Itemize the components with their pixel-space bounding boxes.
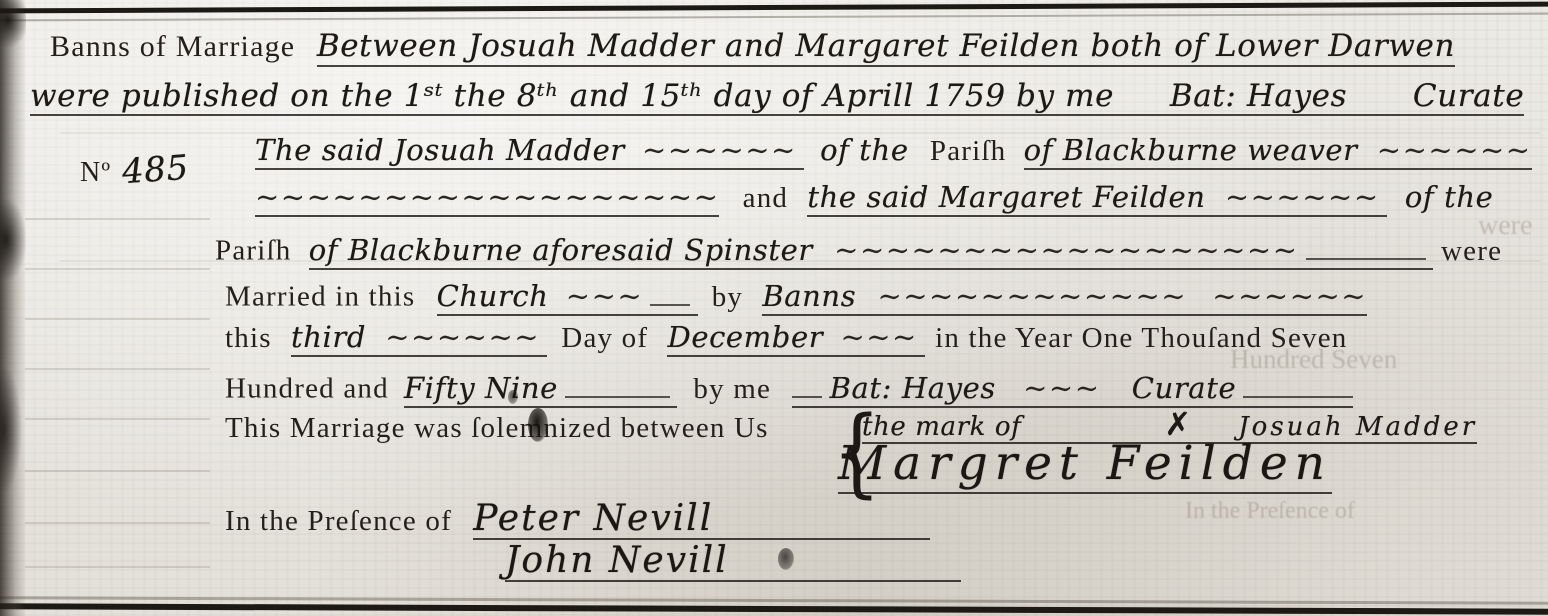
marriage-register-scan: Banns of Marriage Between Josuah Madder … [0,0,1548,616]
ruling-line [25,566,210,568]
ink-blot [508,390,518,404]
by-label: by [712,281,743,313]
banns-label: Banns of Marriage [50,30,295,63]
flourish: ∼∼∼∼∼∼ [1212,279,1367,313]
and-label: and [743,182,788,214]
married-line: Married in this Church ∼∼∼ by Banns ∼∼∼∼… [225,274,1367,314]
bride-of-the-entry: of the [1405,180,1494,214]
day-entry: third [291,320,366,354]
top-rule-thin [0,13,1548,22]
married-label: Married in this [225,281,415,313]
flourish: ∼∼∼∼∼∼ [1377,133,1532,167]
curate-title-entry: Curate [1132,371,1236,405]
published-curate-name: Bat: Hayes [1170,78,1347,114]
blank-rule [565,366,670,398]
bride-entry: the said Margaret Feilden [807,180,1205,214]
blank-rule [650,274,690,306]
ruling-line [25,470,210,472]
groom-entry: The said Josuah Madder [255,133,625,167]
bottom-rule-heavy [0,603,1548,614]
flourish: ∼∼∼∼∼∼ [642,133,797,167]
flourish: ∼∼∼ [840,320,917,354]
flourish: ∼∼∼∼∼∼ [1225,180,1380,214]
flourish: ∼∼∼∼∼∼∼∼∼∼∼∼∼∼∼∼∼∼ [255,180,719,217]
witness1-line: In the Preſence of Peter Nevill [225,498,930,539]
published-curate-title: Curate [1413,78,1524,114]
day-of-label: Day of [561,322,648,354]
year-curate-line: Hundred and Fifty Nine by me Bat: Hayes … [225,366,1353,406]
parish-label: Pariſh [930,135,1006,167]
bride-parish-line: Pariſh of Blackburne aforesaid Spinster … [215,228,1502,268]
ink-blot [778,548,794,570]
presence-label: In the Preſence of [225,505,452,537]
ruling-line [25,218,210,220]
bride-line: ∼∼∼∼∼∼∼∼∼∼∼∼∼∼∼∼∼∼ and the said Margaret… [255,180,1493,215]
witness1-signature: Peter Nevill [473,498,713,539]
ghost-text-hundred-seven: Hundred Seven [1230,344,1397,375]
ghost-text-were: were [1478,210,1532,242]
bride-signature: Margret Feilden [838,436,1332,494]
ruling-line [25,268,210,270]
method-entry: Banns [762,279,856,313]
published-line: were published on the 1ˢᵗ the 8ᵗʰ and 15… [30,78,1524,114]
record-number-value: 485 [121,148,190,193]
bride-signature-line: Margret Feilden [838,436,1332,491]
groom-parish-entry: of Blackburne weaver [1024,133,1358,167]
solemnized-label: This Marriage was ſolemnized between Us [225,412,769,444]
parish-label: Pariſh [215,235,291,267]
blank-rule [1306,228,1426,260]
blank-rule [1028,408,1158,435]
ruling-line [25,318,210,320]
ruling-line [25,368,210,370]
place-entry: Church [437,279,549,313]
top-rule-heavy [0,2,1548,14]
hundred-label: Hundred and [225,373,389,405]
record-number-label: Nº [80,157,111,188]
year-entry: Fifty Nine [404,371,558,405]
date-line: this third ∼∼∼∼∼∼ Day of December ∼∼∼ in… [225,320,1348,355]
between-entry: Between Josuah Madder and Margaret Feild… [317,28,1455,67]
banns-line: Banns of Marriage Between Josuah Madder … [50,28,1455,64]
blank-rule [792,366,822,398]
groom-line: The said Josuah Madder ∼∼∼∼∼∼ of the Par… [255,133,1532,168]
witness2-signature: John Nevill [505,540,729,581]
ruling-line [25,418,210,420]
flourish: ∼∼∼∼∼∼∼∼∼∼∼∼∼∼∼∼∼∼ [834,233,1298,267]
ruling-line [25,522,210,524]
ghost-text-presence: In the Preſence of [1185,498,1355,525]
flourish: ∼∼∼ [566,279,643,313]
page-binding-shadow [0,0,26,616]
flourish: ∼∼∼ [1023,371,1100,405]
flourish: ∼∼∼∼∼∼∼∼∼∼∼∼ [877,279,1187,313]
this-label: this [225,322,272,354]
month-entry: December [667,320,823,354]
published-entry: were published on the 1ˢᵗ the 8ᵗʰ and 15… [30,78,1114,114]
witness2-line: John Nevill [505,540,961,581]
bride-parish-entry: of Blackburne aforesaid Spinster [309,233,813,267]
solemnized-line: This Marriage was ſolemnized between Us [225,412,769,445]
ink-blot [528,408,548,442]
by-me-label: by me [693,373,771,405]
blank-rule [736,542,961,572]
flourish: ∼∼∼∼∼∼ [385,320,540,354]
blank-rule [720,500,930,530]
of-the-label: of the [820,133,909,167]
record-number: Nº 485 [80,150,189,190]
